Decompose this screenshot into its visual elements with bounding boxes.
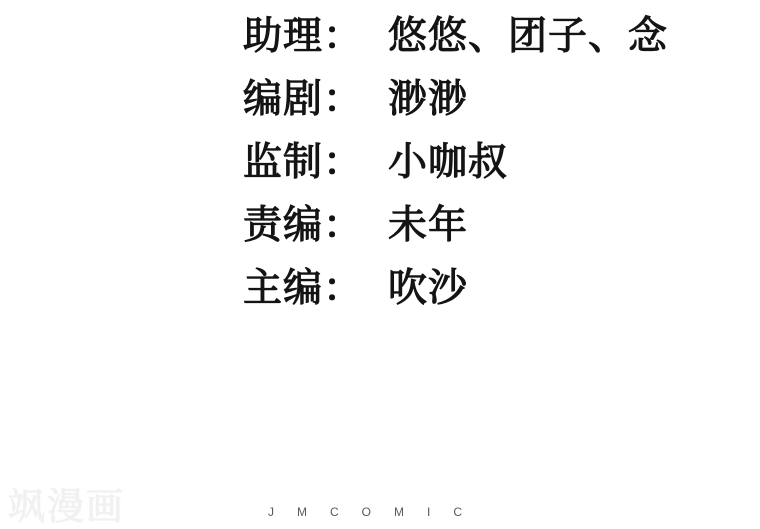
credit-line-screenwriter: 编剧： 渺渺 xyxy=(243,68,668,131)
credit-role-label: 监制： xyxy=(243,131,363,194)
comic-credits-page: 助理： 悠悠、团子、念 编剧： 渺渺 监制： 小咖叔 责编： 未年 主编： 吹沙… xyxy=(0,0,760,529)
sa-manhua-watermark: 飒漫画 xyxy=(8,476,125,529)
credit-role-label: 责编： xyxy=(243,194,363,257)
credits-list: 助理： 悠悠、团子、念 编剧： 渺渺 监制： 小咖叔 责编： 未年 主编： 吹沙 xyxy=(243,5,668,320)
jmcomic-footer-brand: JMCOMIC xyxy=(268,505,485,519)
credit-role-label: 主编： xyxy=(243,257,363,320)
credit-line-chief-editor: 主编： 吹沙 xyxy=(243,257,668,320)
credit-names-value: 未年 xyxy=(388,194,468,257)
credit-role-label: 助理： xyxy=(243,5,363,68)
credit-names-value: 吹沙 xyxy=(388,257,468,320)
credit-names-value: 渺渺 xyxy=(388,68,468,131)
credit-line-editor: 责编： 未年 xyxy=(243,194,668,257)
credit-line-supervisor: 监制： 小咖叔 xyxy=(243,131,668,194)
credit-names-value: 小咖叔 xyxy=(388,131,508,194)
credit-line-assistant: 助理： 悠悠、团子、念 xyxy=(243,5,668,68)
credit-role-label: 编剧： xyxy=(243,68,363,131)
credit-names-value: 悠悠、团子、念 xyxy=(388,5,668,68)
